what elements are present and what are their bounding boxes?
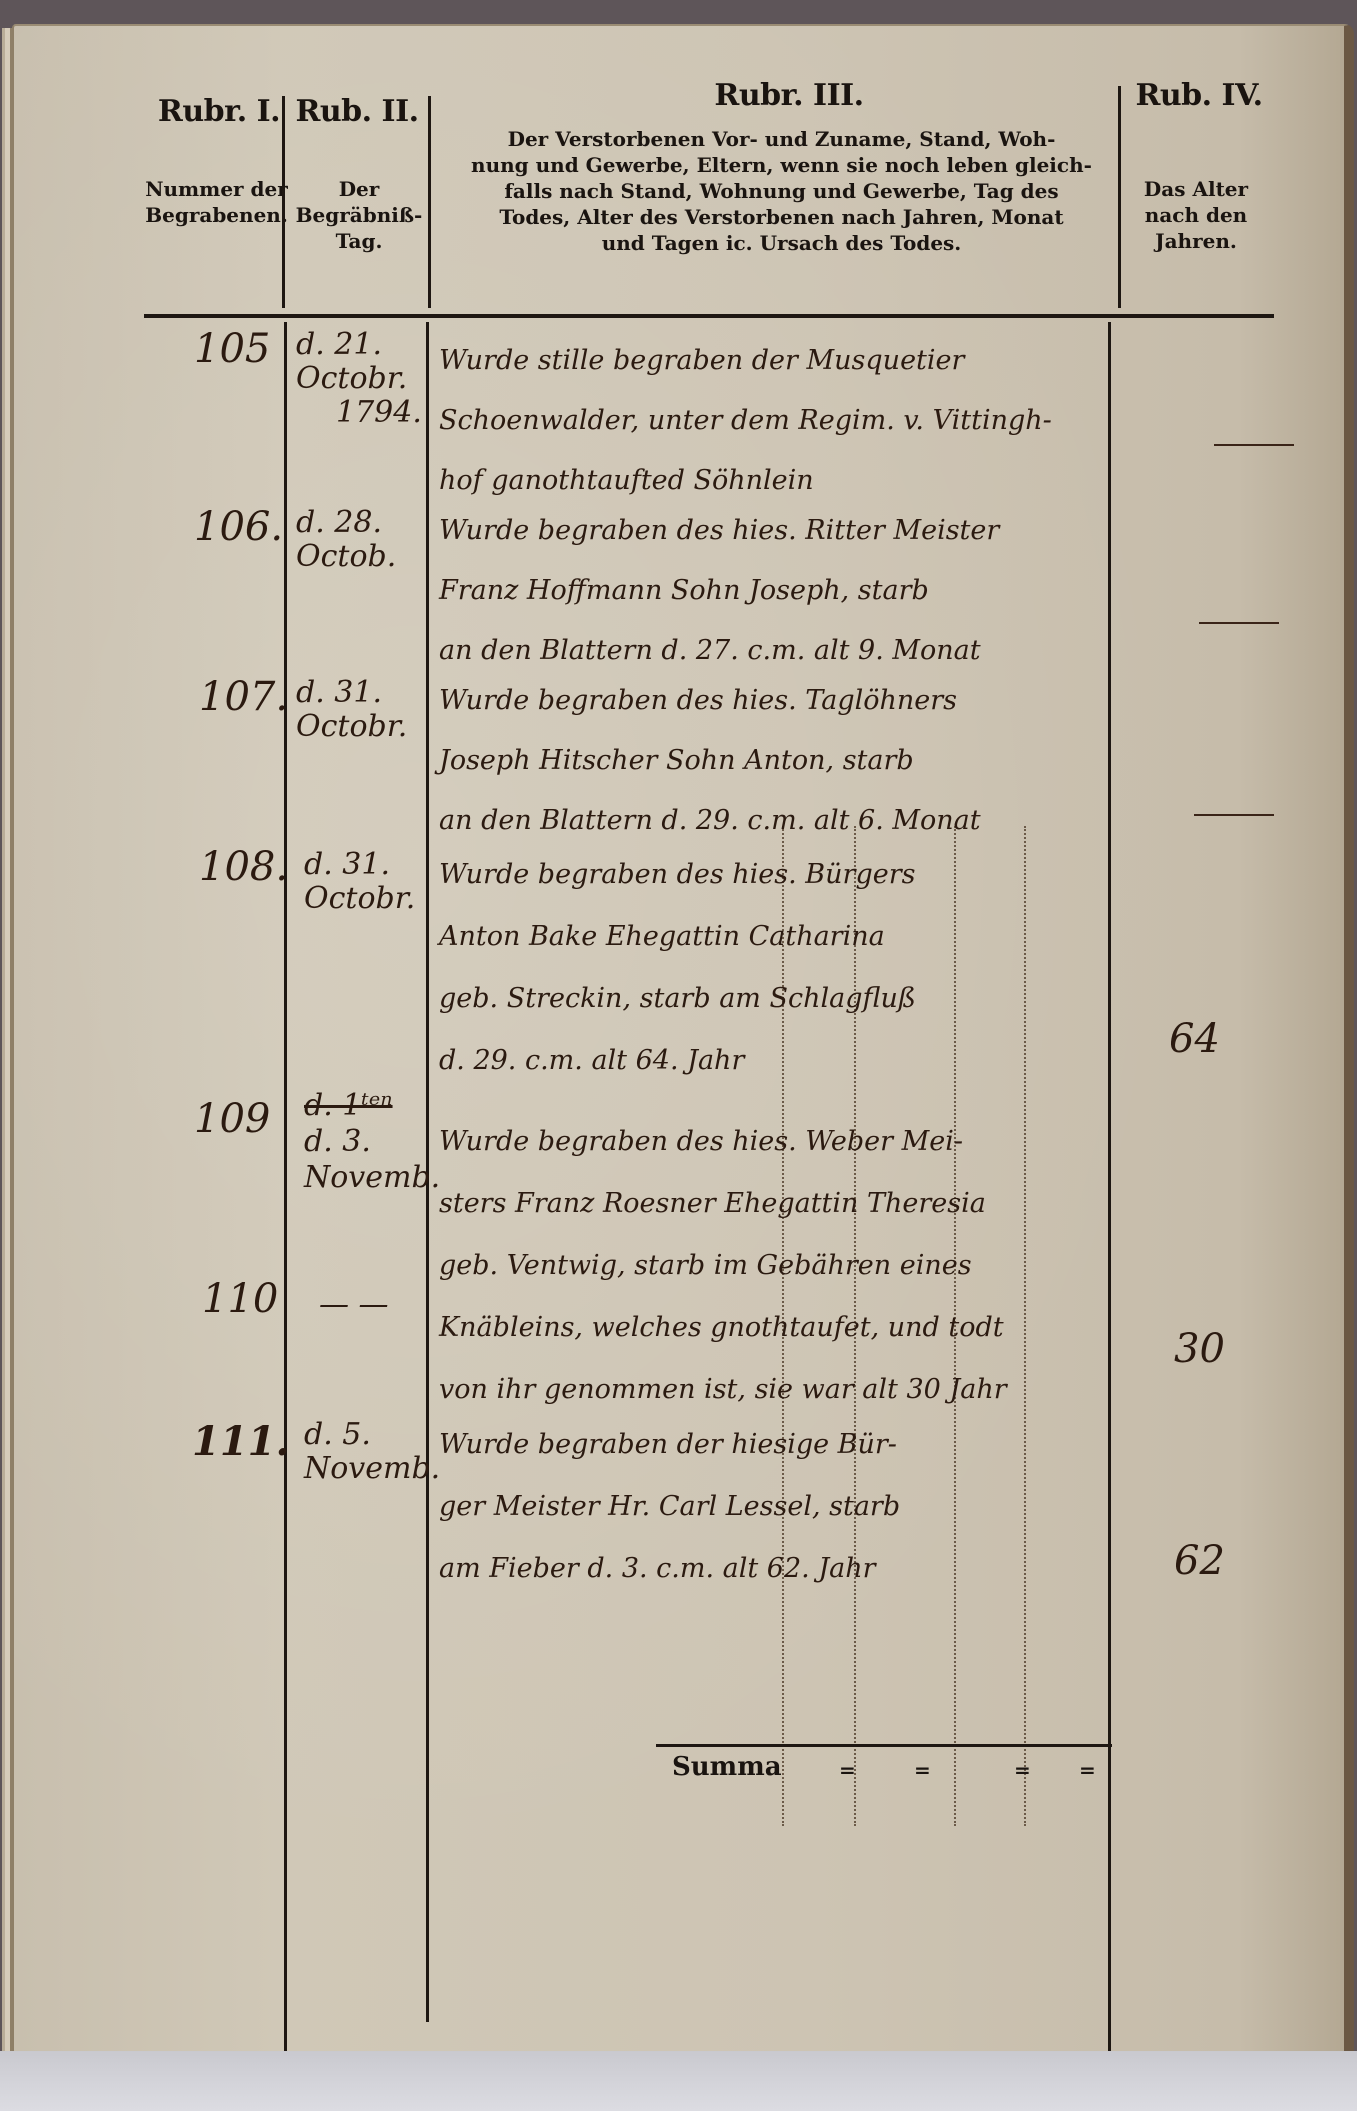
col3-title-line: Todes, Alter des Verstorbenen nach Jahre… bbox=[434, 204, 1129, 230]
summa-rule bbox=[656, 1744, 1112, 1747]
summa-mark: = bbox=[839, 1758, 856, 1782]
col1-title: Nummer der Begrabenen. bbox=[144, 176, 289, 228]
col4-title-line: Das Alter bbox=[1126, 176, 1266, 202]
header-divider-3 bbox=[1118, 86, 1121, 308]
header-bottom-rule bbox=[144, 314, 1274, 318]
col4-rubric: Rub. IV. bbox=[1124, 78, 1274, 113]
age-dash bbox=[1194, 814, 1274, 816]
header-divider-2 bbox=[428, 96, 431, 308]
table-surface bbox=[0, 2051, 1357, 2111]
age-dash bbox=[1214, 444, 1294, 446]
entry-date: d. 28. Octob. bbox=[296, 506, 396, 574]
age-dash bbox=[1199, 622, 1279, 624]
entry-text: Wurde begraben des hies. Bürgers Anton B… bbox=[439, 844, 916, 1092]
summa-label: Summa bbox=[672, 1752, 782, 1782]
col4-title: Das Alter nach den Jahren. bbox=[1126, 176, 1266, 254]
entry-date: — — bbox=[319, 1288, 389, 1322]
entry-number: 110 bbox=[202, 1276, 278, 1322]
guide-line bbox=[1024, 826, 1026, 1826]
col3-title-line: und Tagen ic. Ursach des Todes. bbox=[434, 230, 1129, 256]
col4-title-line: Jahren. bbox=[1126, 228, 1266, 254]
col3-title-line: falls nach Stand, Wohnung und Gewerbe, T… bbox=[434, 178, 1129, 204]
col4-title-line: nach den bbox=[1126, 202, 1266, 228]
col2-rubric: Rub. II. bbox=[282, 94, 432, 129]
entry-age: 64 bbox=[1169, 1016, 1220, 1062]
entry-number: 106. bbox=[194, 504, 283, 550]
entry-date: d. 1ᵗᵉⁿ d. 3. Novemb. bbox=[304, 1088, 440, 1196]
entry-date: d. 21. Octobr. 1794. bbox=[296, 328, 422, 430]
entry-text: Wurde stille begraben der Musquetier Sch… bbox=[439, 331, 1052, 511]
entry-number: 109 bbox=[194, 1096, 270, 1142]
col3-title-line: Der Verstorbenen Vor- und Zuname, Stand,… bbox=[434, 126, 1129, 152]
entry-age: 30 bbox=[1174, 1326, 1225, 1372]
entry-number: 108. bbox=[199, 844, 288, 890]
entry-number: 107. bbox=[199, 674, 288, 720]
col3-title: Der Verstorbenen Vor- und Zuname, Stand,… bbox=[434, 126, 1129, 256]
col3-title-line: nung und Gewerbe, Eltern, wenn sie noch … bbox=[434, 152, 1129, 178]
entry-number: 105 bbox=[194, 326, 270, 372]
entry-number: 111. bbox=[192, 1418, 289, 1465]
register-page: Rubr. I. Rub. II. Rubr. III. Rub. IV. Nu… bbox=[12, 24, 1354, 2078]
col1-rubric: Rubr. I. bbox=[144, 94, 294, 129]
entry-text: Wurde begraben des hies. Ritter Meister … bbox=[439, 501, 999, 681]
entry-age: 62 bbox=[1174, 1538, 1225, 1584]
col2-title: Der Begräbniß-Tag. bbox=[294, 176, 424, 254]
column-rule-3 bbox=[1108, 322, 1111, 2052]
entry-date: d. 31. Octobr. bbox=[304, 848, 415, 916]
entry-text: Wurde begraben des hies. Taglöhners Jose… bbox=[439, 671, 981, 851]
entry-text: Wurde begraben des hies. Weber Mei- ster… bbox=[439, 1111, 1007, 1421]
col3-rubric: Rubr. III. bbox=[444, 78, 1134, 113]
summa-mark: = bbox=[1079, 1758, 1096, 1782]
entry-date: d. 5. Novemb. bbox=[304, 1418, 440, 1486]
entry-text: Wurde begraben der hiesige Bür- ger Meis… bbox=[439, 1414, 900, 1600]
summa-mark: = bbox=[1014, 1758, 1031, 1782]
header-divider-1 bbox=[282, 96, 285, 308]
summa-mark: = bbox=[914, 1758, 931, 1782]
column-rule-1 bbox=[284, 322, 287, 2062]
entry-date: d. 31. Octobr. bbox=[296, 676, 407, 744]
